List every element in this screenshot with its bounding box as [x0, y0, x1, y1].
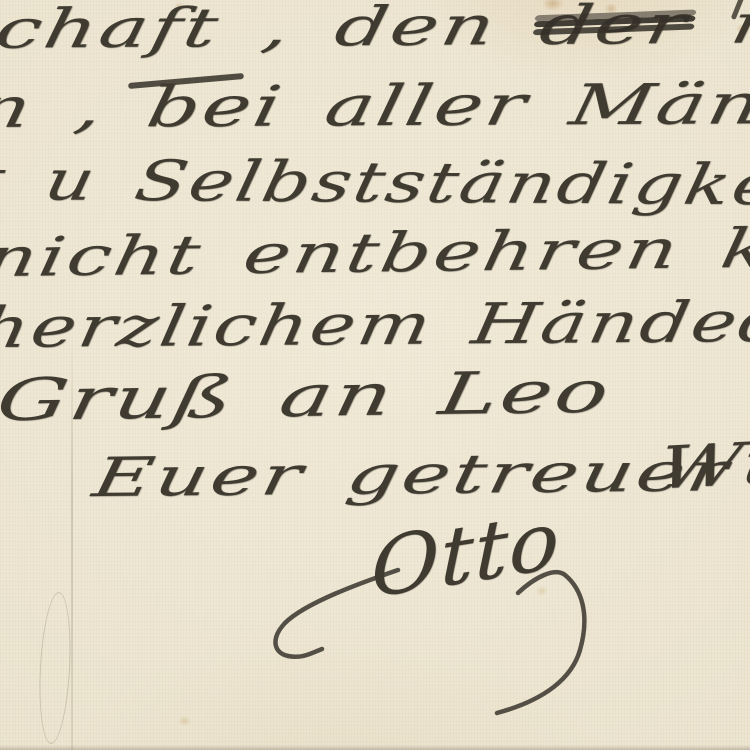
handwriting-line-2: n , bei aller Männl	[0, 72, 750, 141]
pencil-mark	[36, 591, 74, 744]
handwriting-line-1: schaft , den der mi	[0, 0, 750, 61]
handwriting-line-4: nicht entbehren kann	[0, 215, 750, 289]
letter-page: schaft , den der mi n , bei aller Männl …	[0, 0, 750, 750]
handwriting-line-5: herzlichem Händedruck	[0, 288, 750, 361]
handwriting-line-7-closing: Euer getreuer	[88, 440, 735, 509]
age-spot	[178, 716, 191, 726]
handwriting-line-3: t u Selbstständigkeit ,	[0, 148, 750, 219]
paper-edge-shadow	[0, 745, 750, 750]
handwriting-cutoff-word: Wü	[654, 427, 750, 503]
struck-word: der	[535, 0, 695, 57]
handwriting-line-6-greeting: Gruß an Leo	[0, 357, 617, 434]
line-text: schaft , den	[0, 0, 547, 61]
